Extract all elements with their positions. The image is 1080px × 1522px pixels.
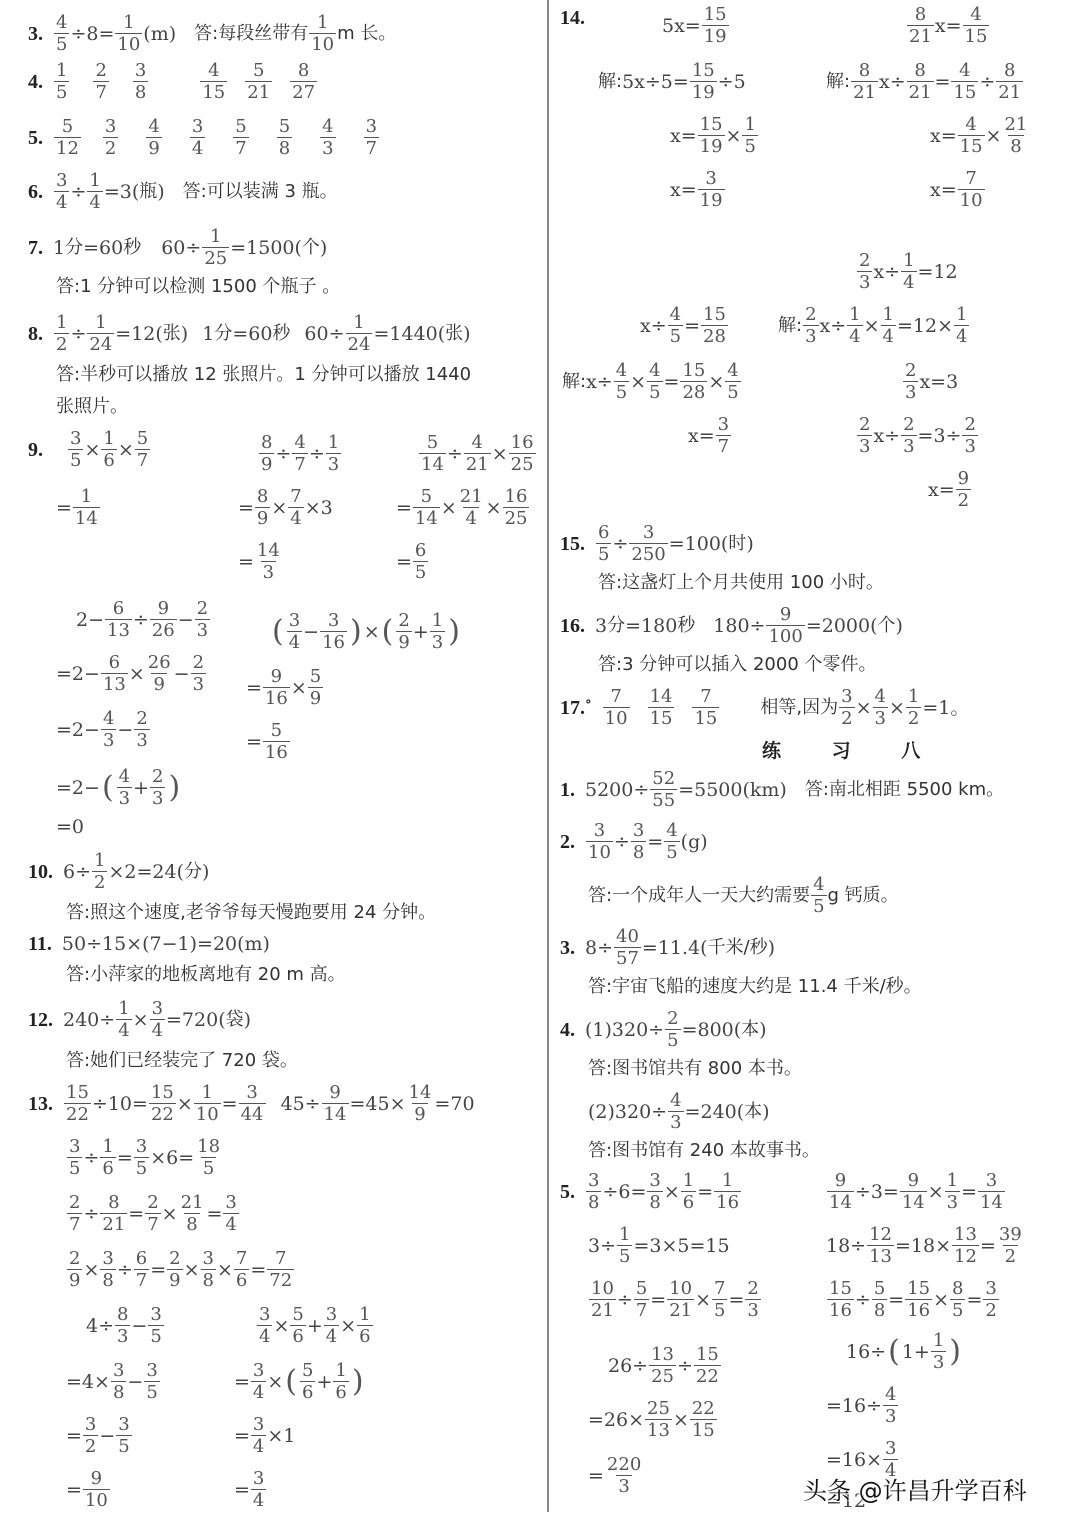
fraction: 34 [150,1000,165,1040]
denominator: 7 [135,449,150,470]
denominator: 12 [54,137,81,158]
answer-text: 张照片。 [56,398,128,416]
numerator: 3 [839,688,854,707]
numerator: 7 [273,1250,288,1269]
math-text: ×2=24( [108,863,184,882]
denominator: 3 [430,631,445,652]
problem-line: 4.(1)320÷25=800(本) [560,1010,767,1050]
fraction: 218 [179,1194,206,1234]
math-text: x÷ [820,317,847,336]
fraction: 2513 [645,1400,672,1440]
math-text: 8÷ [585,939,613,958]
denominator: 28 [680,381,707,402]
numerator: 5 [425,434,440,453]
math-text: ÷ [70,325,86,344]
problem-line: 3.8÷4057=11.4(千米/秒) [560,928,775,968]
numerator: 1 [881,306,896,325]
numerator: 1 [351,314,366,333]
solution-line: 1021÷57=1021×75=23 [588,1280,762,1320]
numerator: 12 [867,1226,894,1245]
fraction: 12 [906,688,921,728]
denominator: 6 [101,449,116,470]
math-text: + [413,623,429,642]
denominator: 3 [134,729,149,750]
answer-text: 个 [302,239,320,257]
numerator: 13 [649,1346,676,1365]
denominator: 9 [259,453,274,474]
solution-line: 张照片。 [56,398,128,416]
denominator: 7 [134,1269,149,1290]
denominator: 5 [742,135,757,156]
fraction: 74 [288,488,303,528]
fraction: 415 [963,6,990,46]
fraction: 1519 [690,62,717,102]
numerator: 4 [206,62,221,81]
numerator: 21 [1002,116,1029,135]
denominator: 6 [357,1325,372,1346]
numerator: 7 [288,488,303,507]
fraction: 12 [54,314,69,354]
fraction: 914 [900,1172,927,1212]
math-text: 5200÷ [585,781,649,800]
math-text: × [986,127,1002,146]
math-text: 240÷ [63,1011,115,1030]
denominator: 22 [694,1365,721,1386]
answer-text: 答:1 分钟可以检测 1500 个瓶子 。 [56,278,340,296]
numerator: 3 [324,1306,339,1325]
math-text: = [222,1095,238,1114]
numerator: 4 [664,822,679,841]
denominator: 3 [883,1405,898,1426]
numerator: 9 [156,600,171,619]
fraction: 16 [100,1138,115,1178]
numerator: 15 [694,1346,721,1365]
parenthesis: ) [448,617,460,647]
math-text: ×1 [267,1427,295,1446]
fraction: 710 [603,688,630,728]
fraction: 319 [698,170,725,210]
math-text: × [708,373,724,392]
numerator: 8 [296,62,311,81]
fraction: 914 [827,1172,854,1212]
denominator: 44 [239,1103,266,1124]
fraction: 65 [596,524,611,564]
denominator: 3 [903,381,918,402]
numerator: 4 [668,306,683,325]
math-text: (g) [681,833,708,852]
numerator: 3 [103,118,118,137]
numerator: 9 [906,1172,921,1191]
math-text: × [364,623,380,642]
solution-line: 解:23x÷14×14=12×14 [778,306,970,346]
fraction: 57 [135,430,150,470]
parenthesis: ) [352,1367,364,1397]
math-text: ÷8= [70,25,114,44]
fraction: 4057 [614,928,641,968]
answer-text: 答:这盏灯上个月共使用 100 小时。 [598,574,884,592]
numerator: 3 [67,1138,82,1157]
numerator: 3 [68,430,83,449]
numerator: 40 [614,928,641,947]
answer-text: 答:南北相距 5500 km。 [787,781,1004,799]
fraction: 37 [364,118,379,158]
numerator: 8 [106,1194,121,1213]
math-text: × [864,317,880,336]
fraction: 14 [954,306,969,346]
solution-line: =2−(43+23) [56,768,182,808]
denominator: 4 [87,191,102,212]
denominator: 14 [73,507,100,528]
numerator: 3 [257,1306,272,1325]
solution-line: x=710 [930,170,986,210]
numerator: 15 [690,62,717,81]
numerator: 4 [963,116,978,135]
fraction: 715 [692,688,719,728]
solution-line: 答:3 分钟可以插入 2000 个零件。 [598,656,877,674]
problem-line: 4.152738415521827 [28,62,318,102]
numerator: 8 [950,1280,965,1299]
fraction: 910 [83,1470,110,1510]
denominator: 5 [712,1299,727,1320]
numerator: 4 [957,62,972,81]
problem-number: 7. [28,238,43,258]
fraction: 821 [100,1194,127,1234]
numerator: 2 [167,1250,182,1269]
numerator: 4 [54,14,69,33]
math-text: − [178,611,194,630]
denominator: 250 [629,543,667,564]
math-text: =3×5=15 [633,1237,729,1256]
numerator: 9 [269,668,284,687]
denominator: 4 [288,507,303,528]
denominator: 2 [983,1299,998,1320]
fraction: 514 [419,434,446,474]
solution-line: 答:图书馆有 240 本故事书。 [588,1142,820,1160]
fraction: 35 [116,1416,131,1456]
numerator: 1 [720,1172,735,1191]
denominator: 15 [963,25,990,46]
denominator: 4 [223,1213,238,1234]
fraction: 43 [883,1386,898,1426]
denominator: 5 [413,561,428,582]
math-text: =12× [897,317,953,336]
solution-line: 答:图书馆共有 800 本书。 [588,1060,802,1078]
denominator: 5 [617,1245,632,1266]
fraction: 76 [234,1250,249,1290]
denominator: 2 [906,707,921,728]
fraction: 56 [300,1362,315,1402]
fraction: 35 [144,1362,159,1402]
fraction: 43 [668,1092,683,1132]
problem-line: 15.65÷3250=100(时) [560,524,754,564]
numerator: 9 [89,1470,104,1489]
solution-line: 34×56+34×16 [256,1306,374,1346]
denominator: 3 [195,619,210,640]
problem-line: 12.240÷14×34=720(袋) [28,1000,251,1040]
denominator: 10 [115,33,142,54]
solution-line: x=1519×15 [670,116,759,156]
numerator: 1 [54,314,69,333]
fraction: 13 [430,612,445,652]
math-text: ÷ [83,1205,99,1224]
answer-text: 答:小萍家的地板离地有 20 m 高。 [66,966,346,984]
fraction: 14 [881,306,896,346]
math-text: =0 [56,818,84,837]
solution-line: (2)320÷43=240(本) [588,1092,770,1132]
numerator: 52 [650,770,677,789]
denominator: 4 [251,1489,266,1510]
numerator: 5 [269,722,284,741]
fraction: 1528 [680,362,707,402]
math-text: x=3 [919,373,958,392]
denominator: 16 [263,687,290,708]
math-text: = [150,1261,166,1280]
denominator: 3 [101,729,116,750]
math-text: =240( [685,1103,745,1122]
denominator: 5 [54,81,69,102]
math-text: x÷ [873,263,900,282]
math-text: x= [670,127,697,146]
denominator: 72 [267,1269,294,1290]
fraction: 214 [458,488,485,528]
math-text: ÷10= [92,1095,148,1114]
section-heading: 练 习 八 [762,736,942,763]
denominator: 14 [419,453,446,474]
numerator: 2 [901,416,916,435]
numerator: 4 [470,434,485,453]
numerator: 1 [87,172,102,191]
answer-text: 分 [65,239,83,257]
math-text: =12 [918,263,958,282]
answer-text: 瓶 [139,183,157,201]
fraction: 772 [267,1250,294,1290]
solution-line: 23x÷14=12 [856,252,958,292]
denominator: 8 [277,137,292,158]
answer-text: 答:半秒可以播放 12 张照片。1 分钟可以播放 1440 [56,366,471,384]
problem-line: 2.310÷38=45(g) [560,822,708,862]
fraction: 38 [100,1250,115,1290]
denominator: 3 [945,1191,960,1212]
denominator: 28 [701,325,728,346]
problem-line: 9.35×16×57 [28,430,151,470]
math-text: 1 [53,239,65,258]
numerator: 3 [144,1362,159,1381]
numerator: 15 [702,6,729,25]
denominator: 19 [702,25,729,46]
math-text: × [664,1183,680,1202]
problem-line: 5.38÷6=38×16=116 [560,1172,742,1212]
math-text: ) [896,617,903,636]
fraction: 16 [101,430,116,470]
denominator: 21 [907,81,934,102]
math-text: × [492,445,508,464]
fraction: 926 [150,600,177,640]
numerator: 5 [872,1280,887,1299]
fraction: 9100 [766,606,804,646]
math-text: = [66,1481,82,1500]
numerator: 3 [134,1138,149,1157]
fraction: 1415 [648,688,675,728]
solution-line: 23x=3 [902,362,958,402]
denominator: 5 [54,33,69,54]
math-text: =60 [83,239,123,258]
solution-line: 514÷421×1625 [418,434,537,474]
fraction: 316 [320,612,347,652]
fraction: 23 [903,362,918,402]
denominator: 2 [92,871,107,892]
denominator: 3 [931,1351,946,1372]
denominator: 2 [83,1435,98,1456]
math-text: 3 [595,617,607,636]
denominator: 57 [614,947,641,968]
numerator: 16 [509,434,536,453]
math-text: = [128,1205,144,1224]
numerator: 5 [308,668,323,687]
denominator: 21 [245,81,272,102]
math-text: × [184,1261,200,1280]
numerator: 7 [234,1250,249,1269]
math-text: 60÷ [161,239,201,258]
math-text: =16× [826,1451,882,1470]
answer-text: 本 [741,1021,759,1039]
math-text: − [99,1427,115,1446]
math-text: ÷ [117,1261,133,1280]
numerator: 21 [179,1194,206,1213]
numerator: 3 [287,612,302,631]
math-text: ÷ [447,445,463,464]
denominator: 7 [292,453,307,474]
answer-text: 千米/秒 [708,939,768,957]
problem-line: 3.45÷8=110(m) 答:每段丝带有110 m 长。 [28,14,396,54]
denominator: 5 [67,1157,82,1178]
solution-line: =2−43−23 [56,710,151,750]
math-text: × [630,373,646,392]
numerator: 9 [956,470,971,489]
problem-number: 4. [28,72,43,92]
math-text: = [246,733,262,752]
fraction: 914 [322,1084,349,1124]
fraction: 143 [255,542,282,582]
fraction: 34 [287,612,302,652]
math-text: x÷ [586,373,613,392]
math-text: =2− [56,779,100,798]
fraction: 38 [201,1250,216,1290]
numerator: 1 [54,62,69,81]
denominator: 5 [134,1157,149,1178]
fraction: 38 [111,1362,126,1402]
denominator: 3 [150,787,165,808]
numerator: 1 [92,852,107,871]
fraction: 1325 [649,1346,676,1386]
math-text: 6÷ [63,863,91,882]
fraction: 59 [308,668,323,708]
answer-text: 答:可以装满 3 瓶。 [165,183,338,201]
denominator: 9 [167,1269,182,1290]
math-text: ) [746,535,753,554]
numerator: 4 [725,362,740,381]
solution-line: 答:半秒可以播放 12 张照片。1 分钟可以播放 1440 [56,366,471,384]
fraction: 218 [1002,116,1029,156]
denominator: 10 [309,33,336,54]
solution-line: =34 [234,1470,267,1510]
fraction: 13 [931,1332,946,1372]
denominator: 25 [503,507,530,528]
solution-line: 18÷1213=18×1312=392 [826,1226,1025,1266]
numerator: 8 [115,1306,130,1325]
denominator: 21 [851,81,878,102]
math-text: ÷ [614,833,630,852]
numerator: 3 [586,1172,601,1191]
numerator: 14 [648,688,675,707]
denominator: 5 [596,543,611,564]
solution-line: 4÷83−35 [86,1306,165,1346]
denominator: 100 [766,625,804,646]
fraction: 45 [54,14,69,54]
fraction: 344 [239,1084,266,1124]
denominator: 10 [194,1103,221,1124]
fraction: 89 [259,434,274,474]
denominator: 19 [690,81,717,102]
denominator: 5 [665,1029,680,1050]
numerator: 3 [592,822,607,841]
solution-line: =34×(56+16) [234,1362,366,1402]
fraction: 1213 [867,1226,894,1266]
denominator: 6 [300,1381,315,1402]
problem-line: 14. [560,8,595,28]
numerator: 5 [300,1362,315,1381]
denominator: 3 [320,137,335,158]
denominator: 13 [105,619,132,640]
numerator: 2 [134,710,149,729]
math-text: 50÷15×(7−1)=20(m) [62,935,270,954]
denominator: 10 [586,841,613,862]
math-text: x÷ [640,317,667,336]
numerator: 15 [64,1084,91,1103]
numerator: 2 [67,1194,82,1213]
math-text: × [726,127,742,146]
solution-line: 1516÷58=1516×85=32 [826,1280,1000,1320]
denominator: 2 [839,707,854,728]
fraction: 14 [116,1000,131,1040]
denominator: 14 [413,507,440,528]
denominator: 55 [650,789,677,810]
fraction: 27 [93,62,108,102]
fraction: 1516 [827,1280,854,1320]
numerator: 6 [413,542,428,561]
solution-line: =26×2513×2215 [588,1400,718,1440]
math-text: ÷ [309,445,325,464]
fraction: 23 [195,600,210,640]
problem-number: 3. [28,24,43,44]
fraction: 32 [983,1280,998,1320]
math-text: × [129,665,145,684]
math-text: = [728,1291,744,1310]
math-text: 3÷ [588,1237,616,1256]
fraction: 149 [407,1084,434,1124]
fraction: 110 [309,14,336,54]
fraction: 45 [647,362,662,402]
fraction: 43 [873,688,888,728]
math-text: ÷ [612,535,628,554]
numerator: 8 [913,6,928,25]
denominator: 21 [667,1299,694,1320]
solution-line: 答:宇宙飞船的速度大约是 11.4 千米/秒。 [588,978,922,996]
math-text: × [441,499,457,518]
parenthesis: ( [102,773,114,803]
fraction: 1021 [667,1280,694,1320]
math-text: ÷3= [855,1183,899,1202]
denominator: 13 [101,673,128,694]
